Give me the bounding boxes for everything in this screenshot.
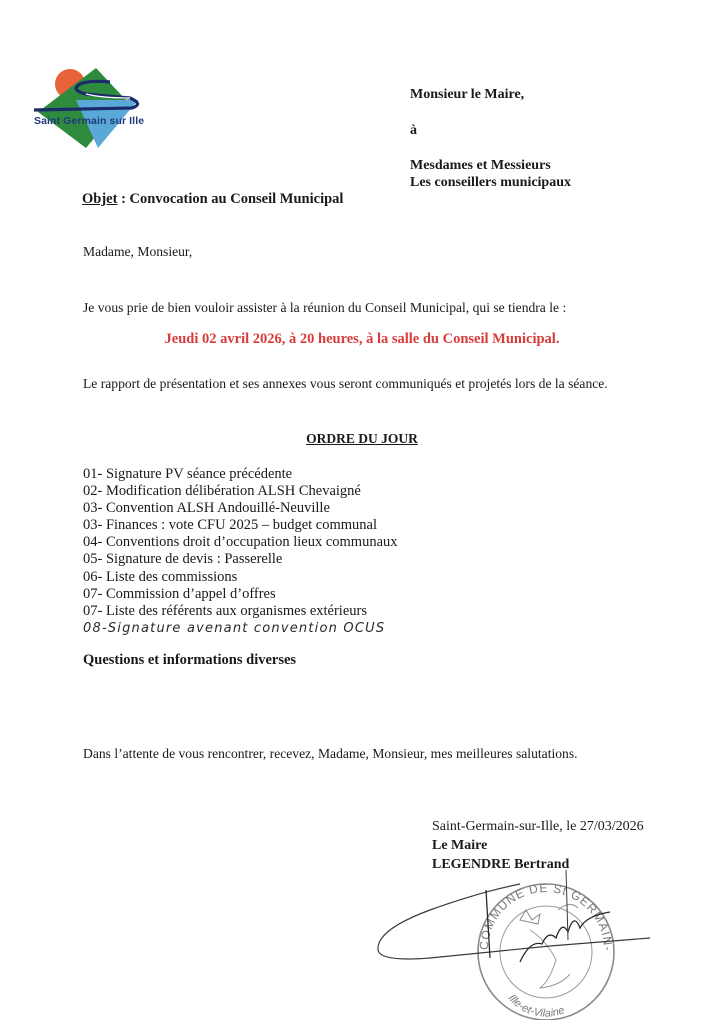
agenda-item: 07- Liste des référents aux organismes e…: [83, 603, 398, 620]
report-note: Le rapport de présentation et ses annexe…: [83, 375, 608, 392]
place-date: Saint-Germain-sur-Ille, le 27/03/2026: [432, 817, 644, 836]
addressee-line-1: Mesdames et Messieurs: [410, 157, 551, 174]
subject-line: Objet : Convocation au Conseil Municipal: [82, 191, 343, 208]
invitation-text: Je vous prie de bien vouloir assister à …: [83, 299, 566, 316]
signature-block: Saint-Germain-sur-Ille, le 27/03/2026 Le…: [432, 817, 644, 874]
agenda-item: 03- Convention ALSH Andouillé-Neuville: [83, 500, 398, 517]
agenda-item: 07- Commission d’appel d’offres: [83, 586, 398, 603]
logo-graphic: [26, 60, 158, 152]
meeting-details: Jeudi 02 avril 2026, à 20 heures, à la s…: [0, 331, 724, 348]
agenda-item: 04- Conventions droit d’occupation lieux…: [83, 534, 398, 551]
agenda-list: 01- Signature PV séance précédente 02- M…: [83, 466, 398, 637]
stamp-text-top: COMMUNE DE St GERMAIN-S-ILLE: [370, 870, 615, 952]
logo-text: Saint Germain sur Ille: [34, 115, 154, 127]
agenda-item: 05- Signature de devis : Passerelle: [83, 551, 398, 568]
municipality-logo: Saint Germain sur Ille: [26, 60, 158, 152]
official-stamp: COMMUNE DE St GERMAIN-S-ILLE Ille-et-Vil…: [370, 870, 660, 1020]
svg-text:COMMUNE DE St GERMAIN-S-ILLE: COMMUNE DE St GERMAIN-S-ILLE: [370, 870, 615, 952]
agenda-item: 02- Modification délibération ALSH Cheva…: [83, 483, 398, 500]
subject-label: Objet: [82, 191, 117, 207]
agenda-item: 03- Finances : vote CFU 2025 – budget co…: [83, 517, 398, 534]
subject-separator: :: [117, 191, 129, 207]
stamp-signature-graphic: COMMUNE DE St GERMAIN-S-ILLE Ille-et-Vil…: [370, 870, 660, 1020]
greeting: Madame, Monsieur,: [83, 243, 192, 260]
closing-salutation: Dans l’attente de vous rencontrer, recev…: [83, 745, 578, 762]
sender-line: Monsieur le Maire,: [410, 86, 524, 103]
subject-text: Convocation au Conseil Municipal: [130, 191, 344, 207]
agenda-title: ORDRE DU JOUR: [0, 431, 724, 447]
agenda-item: 01- Signature PV séance précédente: [83, 466, 398, 483]
addressee-line-2: Les conseillers municipaux: [410, 174, 571, 191]
signatory-title: Le Maire: [432, 836, 644, 855]
to-line: à: [410, 122, 417, 139]
agenda-item: 06- Liste des commissions: [83, 569, 398, 586]
questions-heading: Questions et informations diverses: [83, 652, 296, 669]
stamp-inner-ring: [500, 906, 592, 998]
handwritten-agenda-item: 08-Signature avenant convention OCUS: [83, 620, 398, 637]
